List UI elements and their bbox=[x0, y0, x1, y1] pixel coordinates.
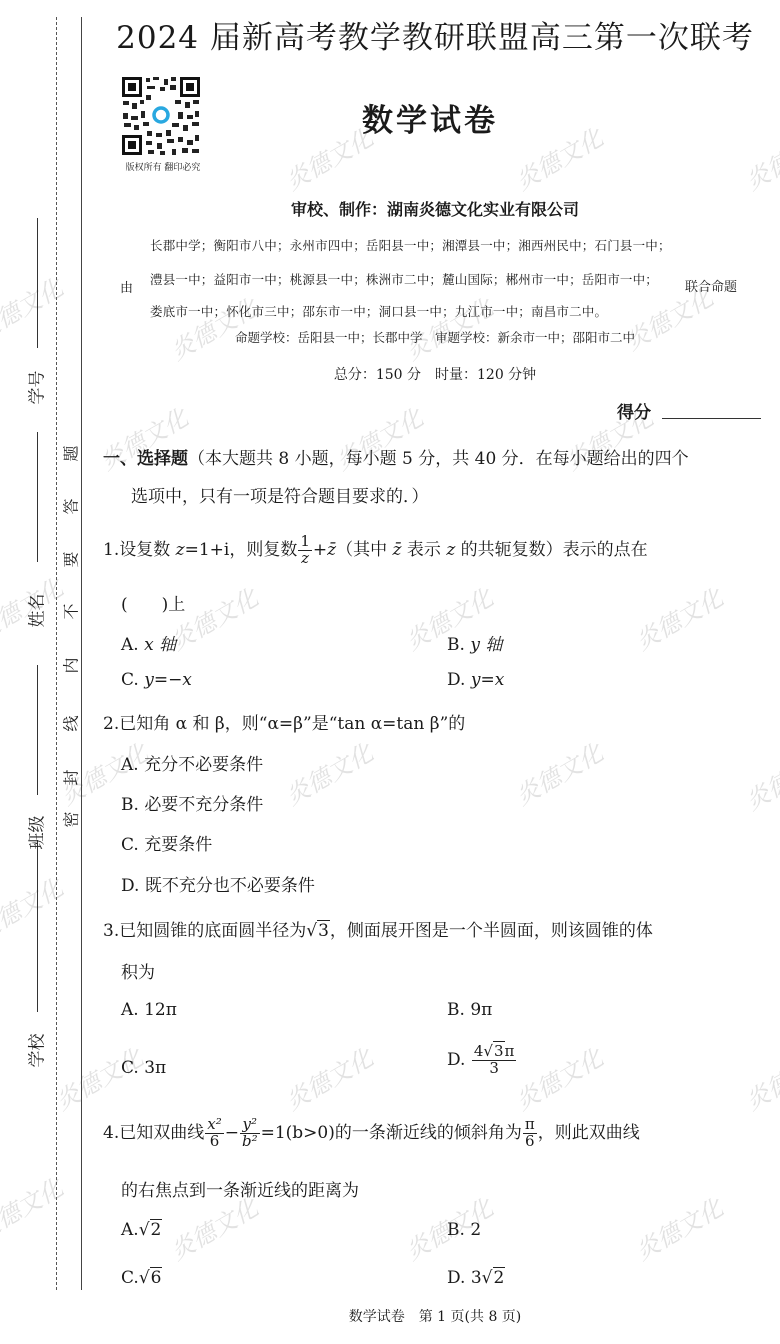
qr-code bbox=[120, 75, 202, 157]
q4-option-a[interactable]: A.√2 bbox=[121, 1220, 162, 1240]
fraction: y²b² bbox=[240, 1117, 260, 1150]
watermark: 炎德文化 bbox=[0, 1168, 68, 1246]
page-footer: 数学试卷 第 1 页(共 8 页) bbox=[110, 1306, 760, 1326]
option-label: A. bbox=[121, 635, 139, 655]
watermark: 炎德文化 bbox=[278, 733, 379, 811]
question-number: 4. bbox=[103, 1123, 119, 1143]
option-value: y 轴 bbox=[470, 635, 502, 655]
option-value: x 轴 bbox=[144, 635, 176, 655]
option-value: 充要条件 bbox=[144, 835, 212, 855]
seal-char: 内 bbox=[59, 657, 82, 673]
question-text: 的共轭复数）表示的点在 bbox=[455, 540, 647, 560]
name-blank bbox=[37, 432, 38, 562]
question-4: 4.已知双曲线x²6−y²b²=1(b>0)的一条渐近线的倾斜角为π6，则此双曲… bbox=[103, 1117, 640, 1150]
math-var: z̄ bbox=[327, 540, 336, 560]
question-text: =1+i，则复数 bbox=[185, 540, 298, 560]
option-value: 既不充分也不必要条件 bbox=[145, 876, 315, 896]
score-time: 总分：150 分 时量：120 分钟 bbox=[110, 364, 760, 384]
q1-option-d[interactable]: D. y=x bbox=[447, 670, 504, 690]
option-label: B. bbox=[447, 1000, 465, 1020]
exam-title: 2024 届新高考教学教研联盟高三第一次联考 bbox=[110, 12, 760, 57]
math-var: z̄ bbox=[393, 540, 402, 560]
option-value: 必要不充分条件 bbox=[144, 795, 263, 815]
q3-option-d[interactable]: D. 4√3π3 bbox=[447, 1044, 517, 1077]
q1-option-c[interactable]: C. y=−x bbox=[121, 670, 192, 690]
option-label: A. bbox=[121, 1220, 139, 1240]
q4-option-b[interactable]: B. 2 bbox=[447, 1220, 481, 1240]
option-label: D. bbox=[447, 1268, 465, 1288]
q2-option-b[interactable]: B. 必要不充分条件 bbox=[121, 790, 263, 815]
question-text: 表示 bbox=[402, 540, 447, 560]
student-id-blank bbox=[37, 218, 38, 348]
option-label: D. bbox=[121, 876, 139, 896]
radicand: 3 bbox=[493, 1041, 505, 1060]
question-text: 设复数 bbox=[119, 540, 175, 560]
question-3: 3.已知圆锥的底面圆半径为√3，侧面展开图是一个半圆面，则该圆锥的体 bbox=[103, 916, 653, 941]
radicand: 2 bbox=[493, 1267, 506, 1288]
score-label: 得分 bbox=[617, 398, 651, 423]
section-instructions-2: 选项中，只有一项是符合题目要求的．） bbox=[103, 478, 773, 516]
question-text: + bbox=[313, 540, 327, 560]
q3-option-c[interactable]: C. 3π bbox=[121, 1058, 166, 1078]
school-label: 学校 bbox=[23, 1034, 48, 1068]
fraction-den: z bbox=[298, 551, 312, 567]
question-number: 1. bbox=[103, 540, 119, 560]
schools-suffix: 联合命题 bbox=[685, 276, 737, 295]
school-blank bbox=[37, 840, 38, 1012]
student-id-label: 学号 bbox=[23, 371, 48, 405]
q1-option-a[interactable]: A. x 轴 bbox=[121, 630, 176, 655]
watermark: 炎德文化 bbox=[0, 268, 68, 346]
option-value: y=x bbox=[471, 670, 504, 690]
watermark: 炎德文化 bbox=[738, 738, 780, 816]
coef: 3 bbox=[471, 1268, 482, 1288]
seal-char: 线 bbox=[59, 715, 82, 731]
seal-char: 密 bbox=[59, 811, 82, 827]
option-label: A. bbox=[121, 755, 139, 775]
fraction-den: 3 bbox=[472, 1061, 517, 1077]
class-blank bbox=[37, 665, 38, 795]
q3-option-b[interactable]: B. 9π bbox=[447, 1000, 492, 1020]
section-instructions: （本大题共 8 小题，每小题 5 分，共 40 分．在每小题给出的四个 bbox=[188, 449, 689, 469]
fraction-den: 6 bbox=[205, 1134, 223, 1150]
seal-char: 封 bbox=[59, 769, 82, 785]
schools-line-2: 澧县一中；益阳市一中；桃源县一中；株洲市二中；麓山国际；郴州市一中；岳阳市一中； bbox=[150, 270, 658, 288]
option-label: C. bbox=[121, 670, 139, 690]
option-value: y=−x bbox=[144, 670, 192, 690]
q3-option-a[interactable]: A. 12π bbox=[121, 1000, 177, 1020]
question-text: =1(b>0)的一条渐近线的倾斜角为 bbox=[261, 1123, 522, 1143]
radicand: 6 bbox=[150, 1267, 163, 1288]
section-1-heading: 一、选择题（本大题共 8 小题，每小题 5 分，共 40 分．在每小题给出的四个… bbox=[103, 440, 773, 516]
sqrt: √2 bbox=[139, 1220, 163, 1240]
math-var: z bbox=[176, 540, 185, 560]
sqrt: √3 bbox=[306, 921, 330, 941]
subject-title: 数学试卷 bbox=[300, 95, 560, 140]
watermark: 炎德文化 bbox=[508, 733, 609, 811]
question-text: 已知角 α 和 β，则“α=β”是“tan α=tan β”的 bbox=[119, 714, 465, 734]
option-label: B. bbox=[447, 1220, 465, 1240]
option-label: B. bbox=[447, 635, 465, 655]
seal-char: 要 bbox=[59, 551, 82, 567]
fraction: 4√3π3 bbox=[472, 1044, 517, 1077]
question-text: ，侧面展开图是一个半圆面，则该圆锥的体 bbox=[330, 921, 653, 941]
question-text: （其中 bbox=[336, 540, 392, 560]
operator: − bbox=[225, 1123, 239, 1143]
seal-char: 题 bbox=[59, 445, 82, 461]
watermark: 炎德文化 bbox=[628, 578, 729, 656]
seal-char: 答 bbox=[59, 498, 82, 514]
watermark: 炎德文化 bbox=[0, 868, 68, 946]
sqrt: √3 bbox=[483, 1044, 504, 1060]
question-3-line2: 积为 bbox=[121, 958, 155, 983]
radicand: 2 bbox=[150, 1219, 163, 1240]
q4-option-c[interactable]: C.√6 bbox=[121, 1268, 162, 1288]
option-value: 充分不必要条件 bbox=[144, 755, 263, 775]
q2-option-a[interactable]: A. 充分不必要条件 bbox=[121, 750, 263, 775]
question-1-line2: ( )上 bbox=[121, 590, 185, 615]
option-label: B. bbox=[121, 795, 139, 815]
math-var: z bbox=[446, 540, 455, 560]
fraction: π6 bbox=[523, 1117, 537, 1150]
pi: π bbox=[505, 1042, 515, 1060]
question-text: 已知双曲线 bbox=[119, 1123, 204, 1143]
setters-line: 命题学校：岳阳县一中；长郡中学 审题学校：新余市一中；邵阳市二中 bbox=[110, 328, 760, 346]
watermark: 炎德文化 bbox=[278, 1038, 379, 1116]
q2-option-d[interactable]: D. 既不充分也不必要条件 bbox=[121, 871, 315, 896]
q1-option-b[interactable]: B. y 轴 bbox=[447, 630, 502, 655]
question-2: 2.已知角 α 和 β，则“α=β”是“tan α=tan β”的 bbox=[103, 709, 465, 734]
class-label: 班级 bbox=[23, 816, 48, 850]
option-value: 2 bbox=[470, 1220, 481, 1240]
watermark: 炎德文化 bbox=[508, 1038, 609, 1116]
watermark: 炎德文化 bbox=[738, 118, 780, 196]
watermark: 炎德文化 bbox=[628, 1188, 729, 1266]
option-value: 12π bbox=[144, 1000, 177, 1020]
option-label: D. bbox=[447, 670, 465, 690]
radicand: 3 bbox=[317, 920, 330, 941]
score-blank[interactable] bbox=[662, 418, 761, 419]
qr-code-icon bbox=[120, 75, 202, 157]
option-label: C. bbox=[121, 835, 139, 855]
fraction-den: 6 bbox=[523, 1134, 537, 1150]
question-text: 已知圆锥的底面圆半径为 bbox=[119, 921, 306, 941]
question-number: 3. bbox=[103, 921, 119, 941]
fraction: 1z bbox=[298, 534, 312, 567]
option-label: A. bbox=[121, 1000, 139, 1020]
producer-line: 审校、制作：湖南炎德文化实业有限公司 bbox=[110, 197, 760, 220]
option-label: C. bbox=[121, 1058, 139, 1078]
question-1: 1.设复数 z=1+i，则复数1z+z̄（其中 z̄ 表示 z 的共轭复数）表示… bbox=[103, 534, 648, 567]
q2-option-c[interactable]: C. 充要条件 bbox=[121, 830, 212, 855]
schools-line-3: 娄底市一中；怀化市三中；邵东市一中；洞口县一中；九江市一中；南昌市二中。 bbox=[150, 302, 607, 320]
cut-line-dotted bbox=[56, 17, 57, 1290]
qr-caption: 版权所有 翻印必究 bbox=[118, 160, 208, 173]
option-label: C. bbox=[121, 1268, 139, 1288]
schools-line-1: 长郡中学；衡阳市八中；永州市四中；岳阳县一中；湘潭县一中；湘西州民中；石门县一中… bbox=[150, 236, 671, 254]
seal-char: 不 bbox=[59, 603, 82, 619]
sqrt: √6 bbox=[139, 1268, 163, 1288]
seal-line-solid bbox=[81, 17, 82, 1290]
q4-option-d[interactable]: D. 3√2 bbox=[447, 1268, 505, 1288]
sqrt: √2 bbox=[482, 1268, 506, 1288]
option-value: 3π bbox=[144, 1058, 166, 1078]
coef: 4 bbox=[474, 1042, 484, 1060]
fraction-den: b² bbox=[240, 1134, 260, 1150]
watermark: 炎德文化 bbox=[738, 1038, 780, 1116]
option-label: D. bbox=[447, 1050, 465, 1070]
name-label: 姓名 bbox=[23, 594, 48, 628]
section-title: 一、选择题 bbox=[103, 449, 188, 469]
option-value: 9π bbox=[470, 1000, 492, 1020]
schools-prefix: 由 bbox=[120, 277, 133, 296]
question-number: 2. bbox=[103, 714, 119, 734]
fraction: x²6 bbox=[205, 1117, 223, 1150]
question-4-line2: 的右焦点到一条渐近线的距离为 bbox=[121, 1176, 359, 1201]
question-text: ，则此双曲线 bbox=[538, 1123, 640, 1143]
